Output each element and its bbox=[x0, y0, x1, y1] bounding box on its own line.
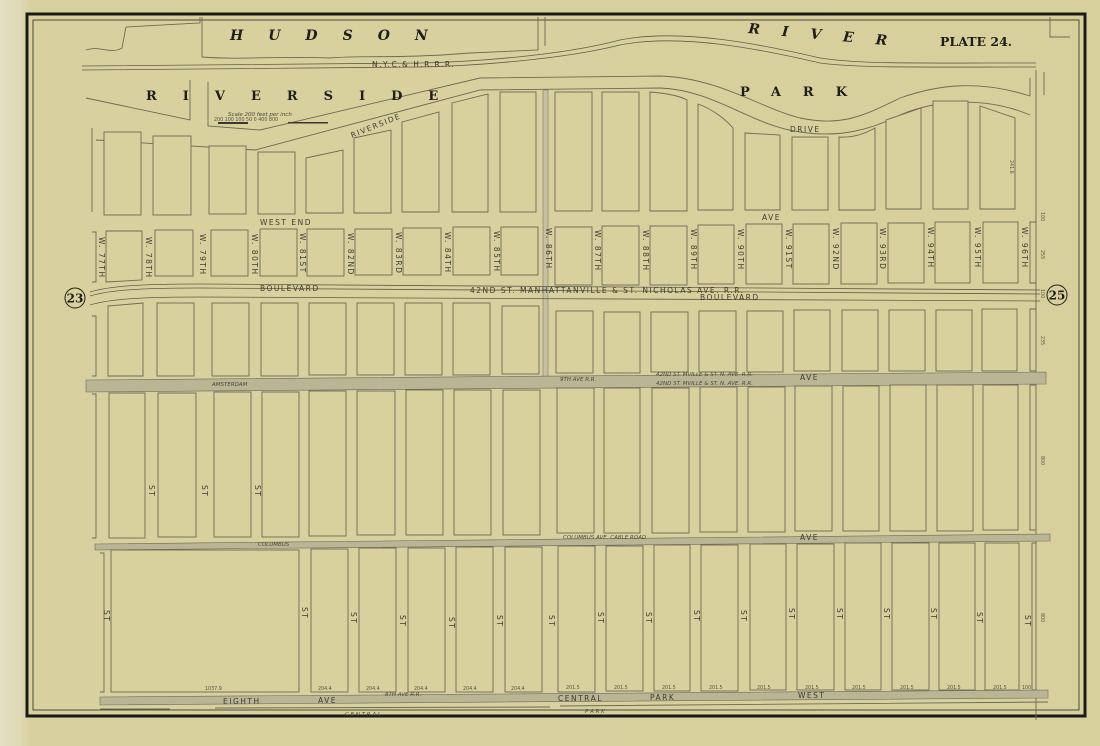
svg-text:ST: ST bbox=[398, 615, 407, 627]
columbus-ave-label: AVE bbox=[800, 533, 819, 542]
svg-text:201.5: 201.5 bbox=[900, 685, 914, 691]
plate-number-25: 25 bbox=[1049, 289, 1066, 303]
park-label: PARK bbox=[740, 85, 869, 100]
plate-number-23: 23 bbox=[67, 292, 84, 306]
svg-text:204.4: 204.4 bbox=[318, 686, 332, 692]
railroad-label: N.Y.C.& H.R.R.R. bbox=[372, 60, 455, 69]
central-label: C E N T R A L bbox=[345, 712, 381, 718]
boulevard-label-right: BOULEVARD bbox=[700, 293, 760, 302]
street-w95: W. 95TH bbox=[973, 227, 982, 269]
street-w86: W. 86TH bbox=[544, 228, 553, 270]
west-end-ave-label: AVE bbox=[762, 213, 781, 222]
riverside-label: RIVERSIDE bbox=[146, 89, 464, 104]
svg-text:800: 800 bbox=[1039, 456, 1045, 465]
street-w83: W. 83RD bbox=[394, 232, 403, 274]
svg-text:204.4: 204.4 bbox=[463, 686, 477, 692]
svg-text:ST: ST bbox=[253, 485, 262, 497]
svg-text:ST: ST bbox=[300, 607, 309, 619]
street-w80: W. 80TH bbox=[250, 234, 259, 276]
svg-text:ST: ST bbox=[596, 612, 605, 624]
svg-text:100: 100 bbox=[1039, 212, 1045, 221]
amsterdam-railroad-b: 42ND ST. MVILLE & ST. N. AVE. R.R. bbox=[656, 381, 753, 387]
eighth-ave-rr: 8TH AVE R.R. bbox=[385, 692, 422, 698]
svg-text:ST: ST bbox=[1023, 615, 1032, 627]
svg-text:255: 255 bbox=[1039, 250, 1045, 259]
blocks-row-1 bbox=[92, 92, 1015, 215]
svg-text:235: 235 bbox=[1039, 336, 1045, 345]
street-w79: W. 79TH bbox=[198, 234, 207, 276]
park-label-bottom: P A R K bbox=[585, 709, 605, 715]
eighth-label: EIGHTH bbox=[223, 697, 261, 706]
cpw-central-label: CENTRAL bbox=[558, 694, 603, 703]
street-w93: W. 93RD bbox=[878, 228, 887, 270]
blocks-row-3 bbox=[92, 303, 1036, 376]
svg-text:1037.9: 1037.9 bbox=[205, 686, 222, 692]
blocks-row-2 bbox=[92, 222, 1036, 285]
svg-text:201.5: 201.5 bbox=[993, 685, 1007, 691]
svg-text:204.4: 204.4 bbox=[366, 686, 380, 692]
svg-text:204.4: 204.4 bbox=[414, 686, 428, 692]
scale-ticks: 200 100 100 50 0 400 800 bbox=[214, 117, 278, 123]
svg-text:241.6: 241.6 bbox=[1008, 160, 1014, 174]
street-w82: W. 82ND bbox=[346, 233, 355, 276]
svg-text:ST: ST bbox=[102, 610, 111, 622]
street-w89: W. 89TH bbox=[689, 229, 698, 271]
adjacent-plate-right[interactable]: 25 bbox=[1047, 285, 1067, 305]
svg-text:100: 100 bbox=[1022, 685, 1031, 691]
svg-text:201.5: 201.5 bbox=[709, 685, 723, 691]
svg-text:ST: ST bbox=[835, 608, 844, 620]
svg-text:ST: ST bbox=[147, 485, 156, 497]
street-w96: W. 96TH bbox=[1020, 227, 1029, 269]
columbus-cable-road: COLUMBUS AVE. CABLE ROAD bbox=[563, 535, 646, 541]
plate-title: PLATE 24. bbox=[940, 34, 1012, 49]
street-w78: W. 78TH bbox=[144, 237, 153, 279]
svg-text:ST: ST bbox=[644, 612, 653, 624]
svg-text:204.4: 204.4 bbox=[511, 686, 525, 692]
svg-text:201.5: 201.5 bbox=[757, 685, 771, 691]
svg-text:ST: ST bbox=[929, 608, 938, 620]
cpw-west-label: WEST bbox=[798, 691, 826, 700]
svg-text:ST: ST bbox=[882, 608, 891, 620]
svg-text:100: 100 bbox=[1039, 289, 1045, 298]
street-w77: W. 77TH bbox=[97, 237, 106, 279]
svg-text:ST: ST bbox=[692, 610, 701, 622]
svg-text:201.5: 201.5 bbox=[947, 685, 961, 691]
svg-text:ST: ST bbox=[495, 615, 504, 627]
svg-text:ST: ST bbox=[739, 610, 748, 622]
svg-text:201.5: 201.5 bbox=[805, 685, 819, 691]
street-w90: W. 90TH bbox=[736, 229, 745, 271]
svg-text:ST: ST bbox=[349, 612, 358, 624]
map-sheet: 23 25 HUDSON RIVER PLATE 24. N.Y.C.& H.R… bbox=[0, 0, 1100, 746]
columbus-label: COLUMBUS bbox=[258, 542, 290, 548]
svg-text:201.5: 201.5 bbox=[566, 685, 580, 691]
svg-text:ST: ST bbox=[787, 608, 796, 620]
eighth-ave-label: AVE bbox=[318, 696, 337, 705]
blocks-row-5 bbox=[100, 543, 1036, 692]
svg-text:800: 800 bbox=[1039, 613, 1045, 622]
blocks-row-4 bbox=[92, 385, 1036, 538]
street-w92: W. 92ND bbox=[831, 228, 840, 271]
amsterdam-label: AMSTERDAM bbox=[211, 382, 248, 388]
amsterdam-ave-label: AVE bbox=[800, 373, 819, 382]
svg-text:201.5: 201.5 bbox=[852, 685, 866, 691]
svg-text:201.5: 201.5 bbox=[614, 685, 628, 691]
west-end-label: WEST END bbox=[260, 218, 312, 227]
street-w81: W. 81ST bbox=[298, 233, 307, 274]
amsterdam-9th-ave-rr: 9TH AVE R.R. bbox=[560, 377, 597, 383]
drive-label: DRIVE bbox=[790, 125, 821, 134]
river-label: RIVER bbox=[747, 21, 910, 51]
shoreline-left bbox=[86, 17, 200, 51]
svg-text:ST: ST bbox=[447, 617, 456, 629]
city-atlas-map: 23 25 HUDSON RIVER PLATE 24. N.Y.C.& H.R… bbox=[0, 0, 1100, 746]
amsterdam-railroad-a: 42ND ST. MVILLE & ST. N. AVE. R.R. bbox=[656, 372, 753, 378]
svg-text:ST: ST bbox=[547, 615, 556, 627]
street-w87: W. 87TH bbox=[593, 230, 602, 272]
adjacent-plate-left[interactable]: 23 bbox=[65, 288, 85, 308]
street-w84: W. 84TH bbox=[443, 232, 452, 274]
street-w91: W. 91ST bbox=[784, 229, 793, 270]
cpw-park-label: PARK bbox=[650, 693, 675, 702]
street-w94: W. 94TH bbox=[926, 227, 935, 269]
hudson-label: HUDSON bbox=[229, 28, 453, 44]
svg-text:ST: ST bbox=[975, 612, 984, 624]
svg-text:ST: ST bbox=[200, 485, 209, 497]
street-w88: W. 88TH bbox=[641, 230, 650, 272]
street-w85: W. 85TH bbox=[492, 231, 501, 273]
svg-text:201.5: 201.5 bbox=[662, 685, 676, 691]
boulevard-label-left: BOULEVARD bbox=[260, 284, 320, 293]
